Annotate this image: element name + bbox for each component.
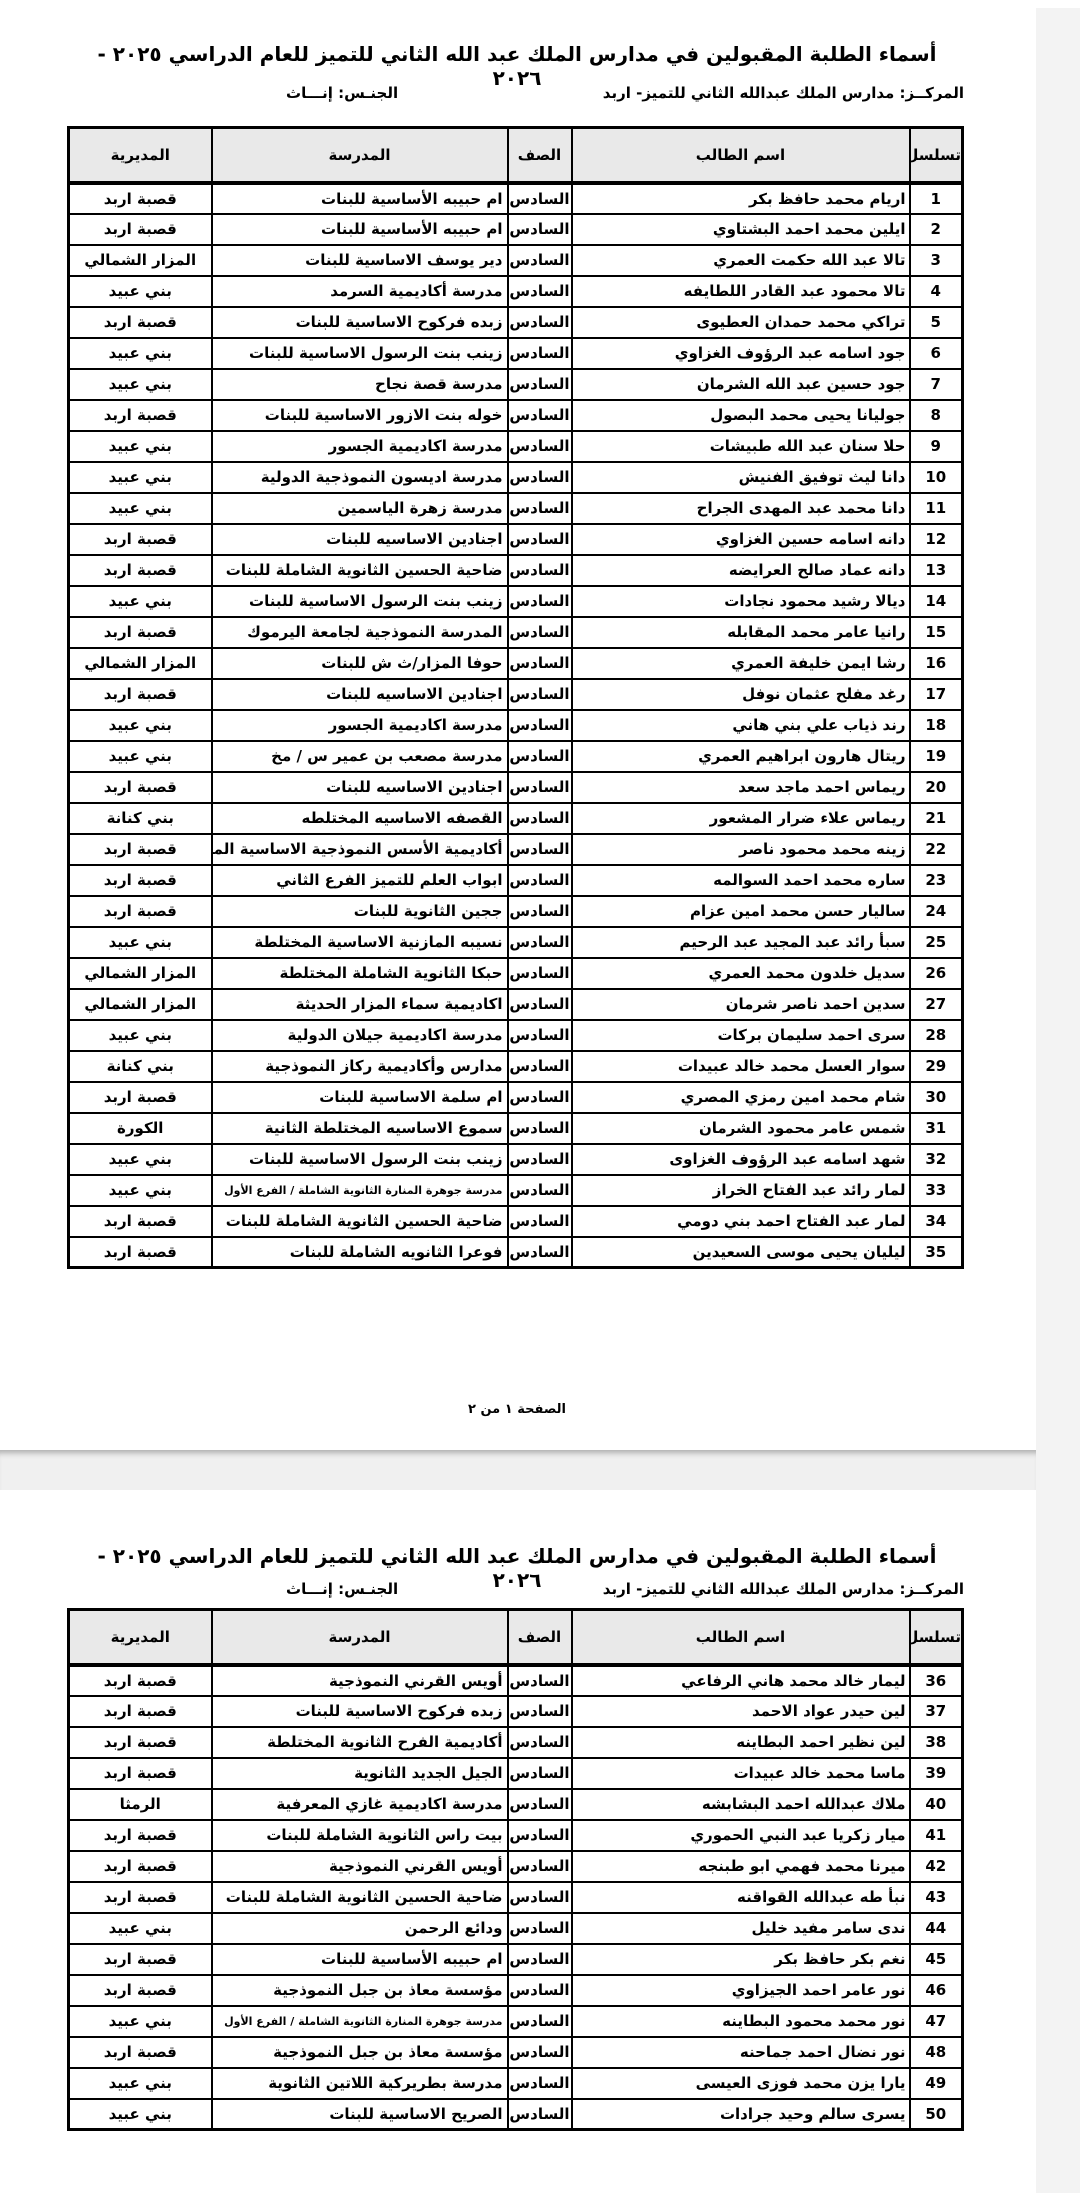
cell-serial: 6 [910, 338, 963, 369]
table-row: 3تالا عبد الله حكمت العمريالسادسدير يوسف… [69, 245, 963, 276]
cell-serial: 49 [910, 2068, 963, 2099]
cell-serial: 37 [910, 1696, 963, 1727]
cell-serial: 12 [910, 524, 963, 555]
cell-grade: السادس [508, 896, 572, 927]
column-header-school: المدرسة [212, 128, 508, 183]
table-header: تسلسل اسم الطالب الصف المدرسة المديرية [69, 128, 963, 183]
cell-student-name: ملاك عبدالله احمد البشابشه [572, 1789, 910, 1820]
cell-grade: السادس [508, 431, 572, 462]
cell-grade: السادس [508, 307, 572, 338]
cell-directorate: قصبة اربد [69, 1851, 212, 1882]
cell-directorate: بني عبيد [69, 338, 212, 369]
cell-grade: السادس [508, 586, 572, 617]
cell-school: مدارس وأكاديمية ركاز النموذجية [212, 1051, 508, 1082]
cell-student-name: نبأ طه عبدالله القواقنه [572, 1882, 910, 1913]
cell-grade: السادس [508, 1820, 572, 1851]
cell-student-name: ميار زكريا عبد النبي الحموري [572, 1820, 910, 1851]
table-row: 8جوليانا يحيى محمد البصولالسادسخوله بنت … [69, 400, 963, 431]
cell-directorate: المزار الشمالي [69, 245, 212, 276]
table-row: 49يارا يزن محمد فوزى العيسىالسادسمدرسة ب… [69, 2068, 963, 2099]
cell-student-name: رشا ايمن خليفة العمري [572, 648, 910, 679]
cell-directorate: بني عبيد [69, 741, 212, 772]
table-header: تسلسل اسم الطالب الصف المدرسة المديرية [69, 1610, 963, 1665]
cell-student-name: نور محمد محمود البطاينه [572, 2006, 910, 2037]
cell-student-name: رانيا عامر محمد المقابله [572, 617, 910, 648]
cell-serial: 46 [910, 1975, 963, 2006]
cell-directorate: المزار الشمالي [69, 989, 212, 1020]
cell-serial: 50 [910, 2099, 963, 2130]
center-label: المركــز: مدارس الملك عبدالله الثاني للت… [603, 84, 964, 102]
cell-serial: 27 [910, 989, 963, 1020]
table-row: 38لين نظير احمد البطاينهالسادسأكاديمية ا… [69, 1727, 963, 1758]
cell-grade: السادس [508, 555, 572, 586]
cell-school: ابواب العلم للتميز الفرع الثاني [212, 865, 508, 896]
cell-student-name: تالا عبد الله حكمت العمري [572, 245, 910, 276]
table-row: 50يسرى سالم وحيد جراداتالسادسالصريح الاس… [69, 2099, 963, 2130]
cell-serial: 2 [910, 214, 963, 245]
cell-school: اكاديمية سماء المزار الحديثة [212, 989, 508, 1020]
table-row: 40ملاك عبدالله احمد البشابشهالسادسمدرسة … [69, 1789, 963, 1820]
cell-grade: السادس [508, 245, 572, 276]
cell-directorate: بني عبيد [69, 2006, 212, 2037]
table-row: 22زينه محمد محمود ناصرالسادسأكاديمية الأ… [69, 834, 963, 865]
cell-directorate: قصبة اربد [69, 214, 212, 245]
cell-serial: 11 [910, 493, 963, 524]
cell-school: مدرسة اكاديمية جيلان الدولية [212, 1020, 508, 1051]
cell-school: أويس القرني النموذجية [212, 1665, 508, 1696]
table-row: 33لمار رائد عبد الفتاح الخرازالسادسمدرسة… [69, 1175, 963, 1206]
cell-school: سموع الاساسيه المختلطة الثانية [212, 1113, 508, 1144]
cell-directorate: قصبة اربد [69, 772, 212, 803]
cell-serial: 26 [910, 958, 963, 989]
cell-school: أكاديمية الفرح الثانوية المختلطة [212, 1727, 508, 1758]
cell-grade: السادس [508, 338, 572, 369]
table-row: 48نور نضال احمد جماحنهالسادسمؤسسة معاذ ب… [69, 2037, 963, 2068]
table-row: 10دانا ليث توفيق الفنيشالسادسمدرسة اديسو… [69, 462, 963, 493]
cell-directorate: قصبة اربد [69, 1944, 212, 1975]
cell-grade: السادس [508, 834, 572, 865]
document-page-2: أسماء الطلبة المقبولين في مدارس الملك عب… [0, 1490, 1036, 2193]
cell-student-name: نور عامر احمد الجيزاوي [572, 1975, 910, 2006]
cell-directorate: بني عبيد [69, 369, 212, 400]
cell-grade: السادس [508, 1665, 572, 1696]
cell-directorate: بني عبيد [69, 1020, 212, 1051]
cell-grade: السادس [508, 679, 572, 710]
cell-student-name: نور نضال احمد جماحنه [572, 2037, 910, 2068]
cell-serial: 38 [910, 1727, 963, 1758]
table-body-page-2: 36ليمار خالد محمد هاني الرفاعيالسادسأويس… [69, 1665, 963, 2130]
table-row: 29سوار العسل محمد خالد عبيداتالسادسمدارس… [69, 1051, 963, 1082]
table-row: 28سرى احمد سليمان بركاتالسادسمدرسة اكادي… [69, 1020, 963, 1051]
cell-directorate: قصبة اربد [69, 400, 212, 431]
cell-directorate: بني عبيد [69, 276, 212, 307]
cell-school: ضاحية الحسين الثانوية الشاملة للبنات [212, 555, 508, 586]
column-header-serial: تسلسل [910, 1610, 963, 1665]
cell-school: مدرسة اكاديمية الجسور [212, 710, 508, 741]
cell-school: ججين الثانوية للبنات [212, 896, 508, 927]
cell-directorate: الرمثا [69, 1789, 212, 1820]
document-viewport: أسماء الطلبة المقبولين في مدارس الملك عب… [0, 0, 1080, 2193]
table-row: 42ميرنا محمد فهمي ابو طبنجهالسادسأويس ال… [69, 1851, 963, 1882]
cell-serial: 25 [910, 927, 963, 958]
cell-serial: 22 [910, 834, 963, 865]
table-row: 17رغد مفلح عثمان نوفلالسادساجنادين الاسا… [69, 679, 963, 710]
cell-serial: 30 [910, 1082, 963, 1113]
cell-serial: 4 [910, 276, 963, 307]
cell-grade: السادس [508, 1696, 572, 1727]
column-header-directorate: المديرية [69, 128, 212, 183]
cell-directorate: قصبة اربد [69, 865, 212, 896]
cell-student-name: ندى سامر مفيد خليل [572, 1913, 910, 1944]
cell-grade: السادس [508, 958, 572, 989]
cell-student-name: ليليان يحيى موسى السعيدين [572, 1237, 910, 1268]
cell-serial: 3 [910, 245, 963, 276]
cell-student-name: اريام محمد حافظ بكر [572, 183, 910, 214]
table-row: 18رند ذياب علي بني هانيالسادسمدرسة اكادي… [69, 710, 963, 741]
cell-serial: 14 [910, 586, 963, 617]
cell-grade: السادس [508, 2006, 572, 2037]
table-row: 15رانيا عامر محمد المقابلهالسادسالمدرسة … [69, 617, 963, 648]
cell-serial: 5 [910, 307, 963, 338]
cell-school: حبكا الثانوية الشاملة المختلطة [212, 958, 508, 989]
cell-serial: 32 [910, 1144, 963, 1175]
cell-directorate: الكورة [69, 1113, 212, 1144]
table-row: 31شمس عامر محمود الشرمانالسادسسموع الاسا… [69, 1113, 963, 1144]
cell-grade: السادس [508, 183, 572, 214]
cell-grade: السادس [508, 772, 572, 803]
cell-student-name: جود اسامه عبد الرؤوف الغزاوي [572, 338, 910, 369]
cell-serial: 42 [910, 1851, 963, 1882]
cell-student-name: سدين احمد ناصر شرمان [572, 989, 910, 1020]
cell-directorate: قصبة اربد [69, 1665, 212, 1696]
cell-grade: السادس [508, 1113, 572, 1144]
cell-school: مدرسة مصعب بن عمير س / مخ [212, 741, 508, 772]
cell-directorate: بني عبيد [69, 493, 212, 524]
cell-directorate: بني عبيد [69, 1144, 212, 1175]
table-row: 24ساليار حسن محمد امين عزامالسادسججين ال… [69, 896, 963, 927]
column-header-school: المدرسة [212, 1610, 508, 1665]
cell-directorate: بني كنانة [69, 803, 212, 834]
table-row: 23ساره محمد احمد السوالمهالسادسابواب الع… [69, 865, 963, 896]
cell-grade: السادس [508, 1727, 572, 1758]
cell-directorate: بني عبيد [69, 1175, 212, 1206]
cell-directorate: قصبة اربد [69, 1696, 212, 1727]
cell-school: مدرسة جوهرة المنارة الثانوية الشاملة / ا… [212, 2006, 508, 2037]
cell-school: زينب بنت الرسول الاساسية للبنات [212, 586, 508, 617]
cell-grade: السادس [508, 865, 572, 896]
cell-student-name: لين نظير احمد البطاينه [572, 1727, 910, 1758]
cell-grade: السادس [508, 214, 572, 245]
cell-student-name: دانا محمد عبد المهدى الجراح [572, 493, 910, 524]
cell-serial: 45 [910, 1944, 963, 1975]
cell-school: ام حبيبه الأساسية للبنات [212, 214, 508, 245]
cell-serial: 29 [910, 1051, 963, 1082]
cell-directorate: المزار الشمالي [69, 958, 212, 989]
cell-grade: السادس [508, 1144, 572, 1175]
cell-student-name: ريتال هارون ابراهيم العمري [572, 741, 910, 772]
cell-student-name: سرى احمد سليمان بركات [572, 1020, 910, 1051]
cell-grade: السادس [508, 462, 572, 493]
cell-serial: 8 [910, 400, 963, 431]
cell-school: زبده فركوح الاساسية للبنات [212, 1696, 508, 1727]
table-row: 47نور محمد محمود البطاينهالسادسمدرسة جوه… [69, 2006, 963, 2037]
cell-student-name: لمار عبد الفتاح احمد بني دومي [572, 1206, 910, 1237]
cell-directorate: بني عبيد [69, 462, 212, 493]
table-row: 30شام محمد امين رمزي المصريالسادسام سلمة… [69, 1082, 963, 1113]
cell-school: فوعرا الثانويه الشاملة للبنات [212, 1237, 508, 1268]
cell-student-name: سوار العسل محمد خالد عبيدات [572, 1051, 910, 1082]
cell-grade: السادس [508, 1975, 572, 2006]
table-row: 1اريام محمد حافظ بكرالسادسام حبيبه الأسا… [69, 183, 963, 214]
cell-grade: السادس [508, 1206, 572, 1237]
cell-serial: 34 [910, 1206, 963, 1237]
cell-school: أكاديمية الأسس النموذجية الاساسية المختل… [212, 834, 508, 865]
table-row: 16رشا ايمن خليفة العمريالسادسحوفا المزار… [69, 648, 963, 679]
cell-school: الصريح الاساسية للبنات [212, 2099, 508, 2130]
students-table-page-1: تسلسل اسم الطالب الصف المدرسة المديرية 1… [67, 126, 964, 1269]
gender-label: الجنـس: إنـــاث [286, 1580, 398, 1598]
cell-student-name: ماسا محمد خالد عبيدات [572, 1758, 910, 1789]
cell-school: مؤسسة معاذ بن جبل النموذجية [212, 1975, 508, 2006]
cell-serial: 48 [910, 2037, 963, 2068]
table-row: 36ليمار خالد محمد هاني الرفاعيالسادسأويس… [69, 1665, 963, 1696]
cell-school: اجنادين الاساسيه للبنات [212, 524, 508, 555]
cell-serial: 19 [910, 741, 963, 772]
cell-grade: السادس [508, 400, 572, 431]
cell-grade: السادس [508, 989, 572, 1020]
cell-student-name: ساليار حسن محمد امين عزام [572, 896, 910, 927]
cell-directorate: قصبة اربد [69, 524, 212, 555]
cell-school: ام حبيبه الأساسية للبنات [212, 183, 508, 214]
cell-serial: 9 [910, 431, 963, 462]
cell-grade: السادس [508, 2099, 572, 2130]
table-row: 46نور عامر احمد الجيزاويالسادسمؤسسة معاذ… [69, 1975, 963, 2006]
cell-directorate: قصبة اربد [69, 2037, 212, 2068]
cell-serial: 13 [910, 555, 963, 586]
cell-serial: 28 [910, 1020, 963, 1051]
cell-school: ام سلمة الاساسية للبنات [212, 1082, 508, 1113]
cell-serial: 15 [910, 617, 963, 648]
cell-student-name: شمس عامر محمود الشرمان [572, 1113, 910, 1144]
cell-school: مدرسة اديسون النموذجية الدولية [212, 462, 508, 493]
document-page-1: أسماء الطلبة المقبولين في مدارس الملك عب… [0, 0, 1036, 1450]
cell-directorate: قصبة اربد [69, 617, 212, 648]
cell-serial: 18 [910, 710, 963, 741]
cell-serial: 31 [910, 1113, 963, 1144]
cell-school: دير يوسف الاساسية للبنات [212, 245, 508, 276]
cell-student-name: ديالا رشيد محمود نجادات [572, 586, 910, 617]
table-row: 32شهد اسامه عبد الرؤوف الغزاوىالسادسزينب… [69, 1144, 963, 1175]
cell-grade: السادس [508, 1882, 572, 1913]
cell-directorate: قصبة اربد [69, 1237, 212, 1268]
cell-school: ضاحية الحسين الثانوية الشاملة للبنات [212, 1882, 508, 1913]
cell-school: أويس القرني النموذجية [212, 1851, 508, 1882]
cell-grade: السادس [508, 1851, 572, 1882]
cell-serial: 43 [910, 1882, 963, 1913]
cell-school: مدرسة جوهرة المنارة الثانوية الشاملة / ا… [212, 1175, 508, 1206]
cell-directorate: قصبة اربد [69, 183, 212, 214]
cell-school: حوفا المزار/ث ش للبنات [212, 648, 508, 679]
cell-grade: السادس [508, 1237, 572, 1268]
cell-serial: 39 [910, 1758, 963, 1789]
cell-school: مدرسة زهرة الياسمين [212, 493, 508, 524]
cell-student-name: دانا ليث توفيق الفنيش [572, 462, 910, 493]
cell-student-name: دانه اسامه حسين الغزاوي [572, 524, 910, 555]
cell-student-name: سبأ رائد عبد المجيد عبد الرحيم [572, 927, 910, 958]
cell-student-name: جود حسين عبد الله الشرمان [572, 369, 910, 400]
cell-student-name: ساره محمد احمد السوالمه [572, 865, 910, 896]
cell-school: ودائع الرحمن [212, 1913, 508, 1944]
meta-line: المركــز: مدارس الملك عبدالله الثاني للت… [70, 1580, 964, 1602]
cell-directorate: قصبة اربد [69, 679, 212, 710]
cell-directorate: بني عبيد [69, 2099, 212, 2130]
cell-directorate: بني كنانة [69, 1051, 212, 1082]
cell-student-name: سديل خلدون محمد العمري [572, 958, 910, 989]
cell-school: المدرسة النموذجية لجامعة اليرموك [212, 617, 508, 648]
table-body-page-1: 1اريام محمد حافظ بكرالسادسام حبيبه الأسا… [69, 183, 963, 1268]
cell-grade: السادس [508, 741, 572, 772]
cell-directorate: قصبة اربد [69, 1758, 212, 1789]
cell-serial: 40 [910, 1789, 963, 1820]
cell-student-name: يارا يزن محمد فوزى العيسى [572, 2068, 910, 2099]
cell-school: مدرسة اكاديمية غازي المعرفية [212, 1789, 508, 1820]
cell-serial: 16 [910, 648, 963, 679]
cell-directorate: بني عبيد [69, 927, 212, 958]
cell-school: نسيبه المازنية الاساسية المختلطة [212, 927, 508, 958]
cell-serial: 36 [910, 1665, 963, 1696]
cell-student-name: نغم بكر حافظ بكر [572, 1944, 910, 1975]
cell-grade: السادس [508, 1758, 572, 1789]
cell-grade: السادس [508, 803, 572, 834]
cell-school: مدرسة اكاديمية الجسور [212, 431, 508, 462]
cell-school: القصفه الاساسيه المختلطه [212, 803, 508, 834]
cell-serial: 17 [910, 679, 963, 710]
cell-serial: 47 [910, 2006, 963, 2037]
table-row: 44ندى سامر مفيد خليلالسادسودائع الرحمنبن… [69, 1913, 963, 1944]
cell-serial: 21 [910, 803, 963, 834]
cell-serial: 23 [910, 865, 963, 896]
cell-directorate: بني عبيد [69, 1913, 212, 1944]
table-row: 13دانه عماد صالح العرايضهالسادسضاحية الح… [69, 555, 963, 586]
table-row: 19ريتال هارون ابراهيم العمريالسادسمدرسة … [69, 741, 963, 772]
cell-school: خوله بنت الازور الاساسية للبنات [212, 400, 508, 431]
table-row: 2ايلين محمد احمد البشتاويالسادسام حبيبه … [69, 214, 963, 245]
center-label: المركــز: مدارس الملك عبدالله الثاني للت… [603, 1580, 964, 1598]
cell-grade: السادس [508, 648, 572, 679]
cell-directorate: المزار الشمالي [69, 648, 212, 679]
column-header-grade: الصف [508, 1610, 572, 1665]
meta-line: المركــز: مدارس الملك عبدالله الثاني للت… [70, 84, 964, 106]
cell-grade: السادس [508, 1020, 572, 1051]
cell-grade: السادس [508, 276, 572, 307]
cell-school: مؤسسة معاذ بن جبل النموذجية [212, 2037, 508, 2068]
cell-directorate: بني عبيد [69, 710, 212, 741]
table-row: 21ريماس علاء ضرار المشعورالسادسالقصفه ال… [69, 803, 963, 834]
cell-grade: السادس [508, 1051, 572, 1082]
cell-grade: السادس [508, 1789, 572, 1820]
cell-serial: 1 [910, 183, 963, 214]
cell-directorate: قصبة اربد [69, 1082, 212, 1113]
column-header-directorate: المديرية [69, 1610, 212, 1665]
column-header-student-name: اسم الطالب [572, 128, 910, 183]
cell-grade: السادس [508, 1913, 572, 1944]
cell-directorate: قصبة اربد [69, 1727, 212, 1758]
table-row: 11دانا محمد عبد المهدى الجراحالسادسمدرسة… [69, 493, 963, 524]
students-table-wrap-1: تسلسل اسم الطالب الصف المدرسة المديرية 1… [70, 126, 964, 1269]
cell-serial: 35 [910, 1237, 963, 1268]
viewer-right-gutter [1036, 8, 1080, 2193]
table-row: 20ريماس احمد ماجد سعدالسادساجنادين الاسا… [69, 772, 963, 803]
cell-student-name: شهد اسامه عبد الرؤوف الغزاوى [572, 1144, 910, 1175]
cell-directorate: بني عبيد [69, 431, 212, 462]
page-title: أسماء الطلبة المقبولين في مدارس الملك عب… [70, 42, 964, 90]
cell-school: ام حبيبه الأساسية للبنات [212, 1944, 508, 1975]
cell-directorate: قصبة اربد [69, 834, 212, 865]
cell-student-name: ليمار خالد محمد هاني الرفاعي [572, 1665, 910, 1696]
cell-school: زينب بنت الرسول الاساسية للبنات [212, 1144, 508, 1175]
cell-grade: السادس [508, 710, 572, 741]
cell-student-name: تراكي محمد حمدان العطيوى [572, 307, 910, 338]
cell-grade: السادس [508, 1175, 572, 1206]
column-header-grade: الصف [508, 128, 572, 183]
cell-directorate: قصبة اربد [69, 896, 212, 927]
table-row: 4تالا محمود عبد القادر اللطايفهالسادسمدر… [69, 276, 963, 307]
table-row: 12دانه اسامه حسين الغزاويالسادساجنادين ا… [69, 524, 963, 555]
cell-student-name: تالا محمود عبد القادر اللطايفه [572, 276, 910, 307]
cell-directorate: قصبة اربد [69, 555, 212, 586]
cell-grade: السادس [508, 617, 572, 648]
cell-student-name: ايلين محمد احمد البشتاوي [572, 214, 910, 245]
cell-student-name: ريماس احمد ماجد سعد [572, 772, 910, 803]
table-row: 7جود حسين عبد الله الشرمانالسادسمدرسة قص… [69, 369, 963, 400]
column-header-student-name: اسم الطالب [572, 1610, 910, 1665]
gender-label: الجنـس: إنـــاث [286, 84, 398, 102]
cell-directorate: قصبة اربد [69, 1820, 212, 1851]
cell-student-name: رغد مفلح عثمان نوفل [572, 679, 910, 710]
students-table-page-2: تسلسل اسم الطالب الصف المدرسة المديرية 3… [67, 1608, 964, 2131]
cell-student-name: ميرنا محمد فهمي ابو طبنجه [572, 1851, 910, 1882]
cell-student-name: يسرى سالم وحيد جرادات [572, 2099, 910, 2130]
column-header-serial: تسلسل [910, 128, 963, 183]
cell-school: مدرسة قصة نجاح [212, 369, 508, 400]
cell-school: زبده فركوح الاساسية للبنات [212, 307, 508, 338]
page-number-footer: الصفحة ١ من ٢ [70, 1402, 964, 1417]
cell-school: مدرسة بطريركية اللاتين الثانوية [212, 2068, 508, 2099]
cell-school: بيت راس الثانوية الشاملة للبنات [212, 1820, 508, 1851]
cell-serial: 20 [910, 772, 963, 803]
cell-grade: السادس [508, 369, 572, 400]
cell-school: ضاحية الحسين الثانوية الشاملة للبنات [212, 1206, 508, 1237]
cell-grade: السادس [508, 2068, 572, 2099]
cell-school: زينب بنت الرسول الاساسية للبنات [212, 338, 508, 369]
cell-grade: السادس [508, 524, 572, 555]
table-row: 35ليليان يحيى موسى السعيدينالسادسفوعرا ا… [69, 1237, 963, 1268]
cell-grade: السادس [508, 493, 572, 524]
cell-serial: 44 [910, 1913, 963, 1944]
cell-school: اجنادين الاساسيه للبنات [212, 679, 508, 710]
cell-grade: السادس [508, 1944, 572, 1975]
cell-directorate: قصبة اربد [69, 1975, 212, 2006]
table-row: 43نبأ طه عبدالله القواقنهالسادسضاحية الح… [69, 1882, 963, 1913]
table-row: 34لمار عبد الفتاح احمد بني دوميالسادسضاح… [69, 1206, 963, 1237]
cell-directorate: قصبة اربد [69, 1882, 212, 1913]
cell-serial: 7 [910, 369, 963, 400]
cell-student-name: دانه عماد صالح العرايضه [572, 555, 910, 586]
table-row: 9حلا سنان عبد الله طبيشاتالسادسمدرسة اكا… [69, 431, 963, 462]
cell-student-name: لين حيدر عواد الاحمد [572, 1696, 910, 1727]
cell-student-name: جوليانا يحيى محمد البصول [572, 400, 910, 431]
cell-grade: السادس [508, 927, 572, 958]
